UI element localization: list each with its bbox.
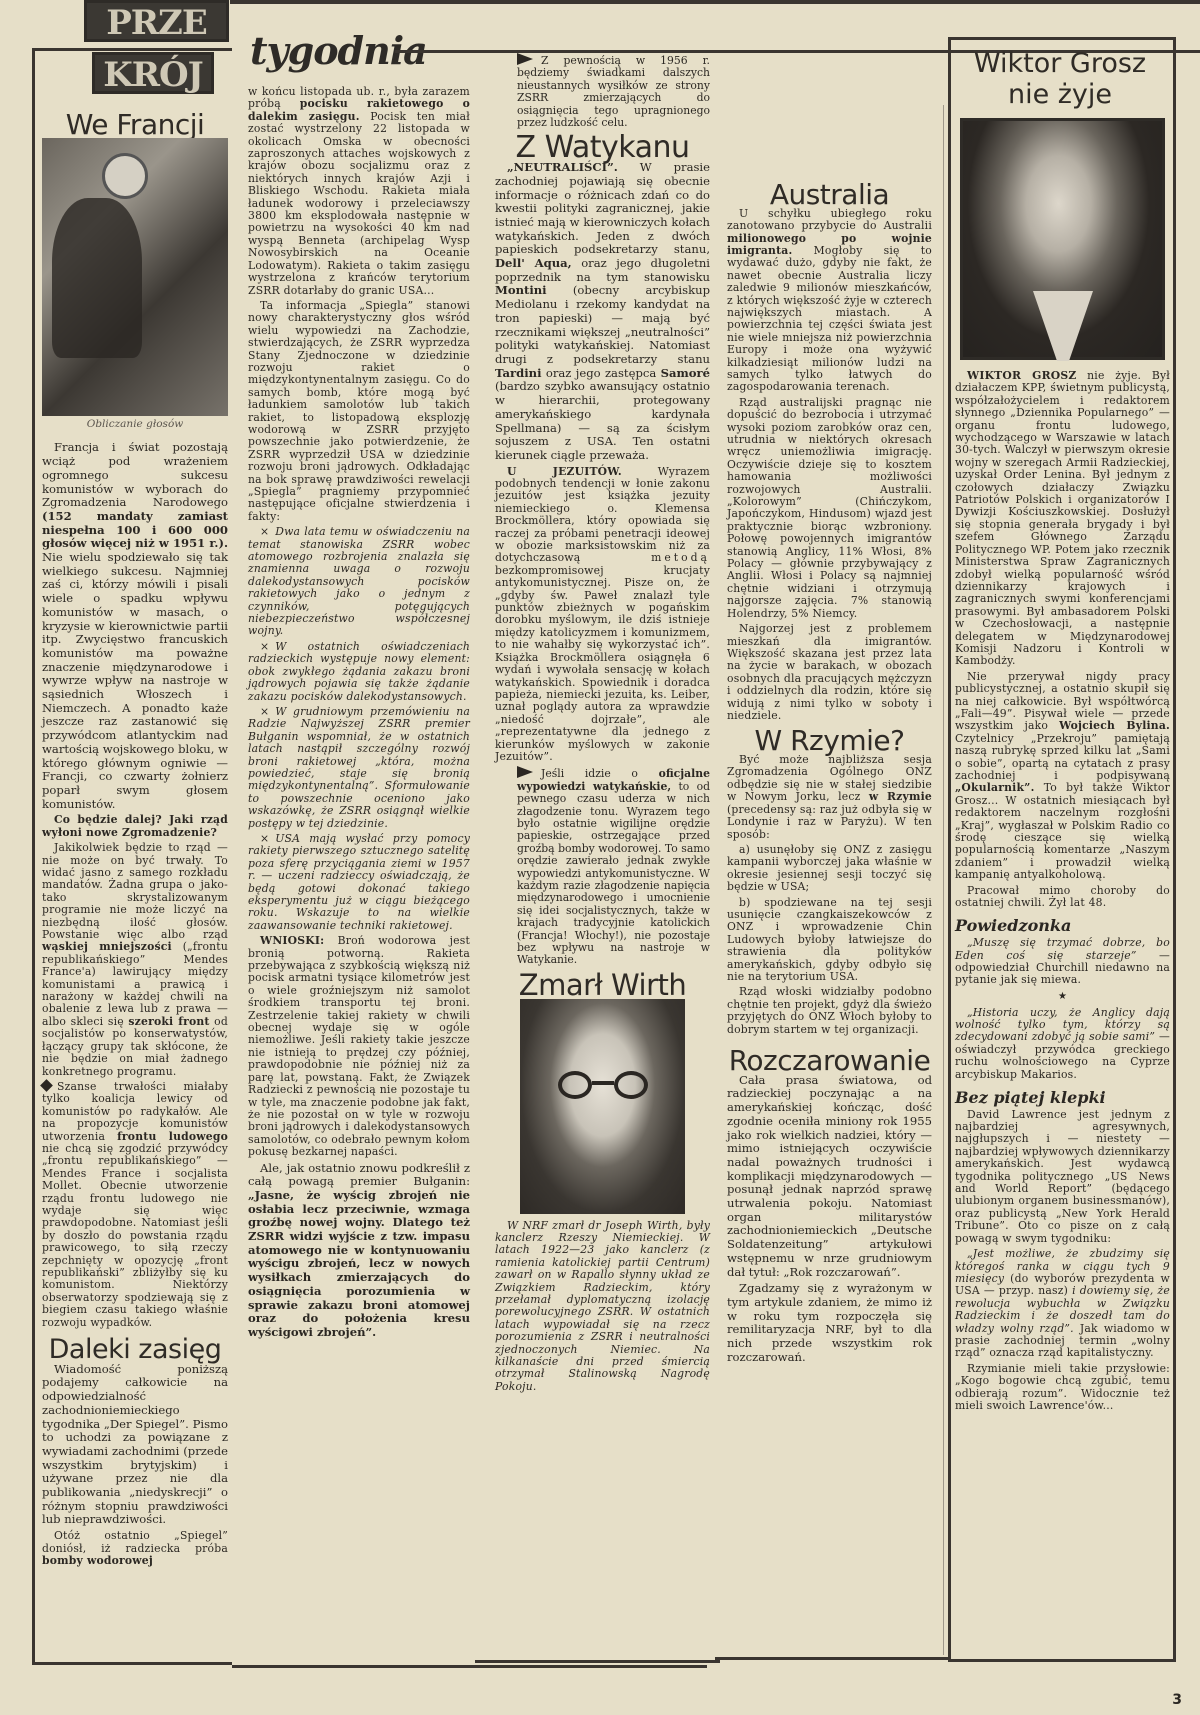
star-separator-icon: ★ [955, 990, 1170, 1004]
photo-vote-counting [42, 138, 228, 416]
paragraph: U schyłku ubiegłego roku zanotowano przy… [727, 208, 932, 394]
x-bullet-icon: × [260, 525, 269, 538]
photo-wiktor-grosz [960, 118, 1165, 360]
paragraph: Pracował mimo choroby do ostatniej chwil… [955, 885, 1170, 910]
article-title-australia: Australia [727, 188, 932, 202]
paragraph: Nie przerywał nigdy pracy publicystyczne… [955, 671, 1170, 882]
page-number: 3 [1172, 1692, 1182, 1708]
paragraph: Cała prasa światowa, od radzieckiej pocz… [727, 1074, 932, 1280]
paragraph: „NEUTRALIŚCI”. W prasie zachodniej pojaw… [495, 161, 710, 462]
article-title-watykan: Z Watykanu [495, 141, 710, 155]
list-item: ×W grudniowym przemówieniu na Radzie Naj… [248, 706, 470, 830]
paragraph: WIKTOR GROSZ nie żyje. Był działaczem KP… [955, 370, 1170, 668]
article-title-w-rzymie: W Rzymie? [727, 734, 932, 748]
section-title-bez-piatej-klepki: Bez piątej klepki [955, 1091, 1170, 1105]
article-title-daleki-zasieg: Daleki zasięg [42, 1343, 228, 1357]
paragraph: Co będzie dalej? Jaki rząd wyłoni nowe Z… [42, 814, 228, 839]
paragraph: Wiadomość poniższą podajemy całkowicie n… [42, 1363, 228, 1527]
box-rule [475, 1660, 720, 1663]
box-rule [232, 1665, 707, 1668]
top-rule [230, 0, 1200, 4]
photo-caption: W NRF zmarł dr Joseph Wirth, były kancle… [495, 1220, 710, 1394]
paragraph: WNIOSKI: Broń wodorowa jest bronią potwo… [248, 935, 470, 1158]
diamond-bullet-icon [40, 1079, 53, 1092]
paragraph: Ale, jak ostatnio znowu podkreślił z cał… [248, 1162, 470, 1340]
photo-caption: Obliczanie głosów [42, 418, 228, 432]
paragraph: Otóż ostatnio „Spiegel” doniósł, iż radz… [42, 1530, 228, 1567]
paragraph: Rzymianie mieli takie przysłowie: „Kogo … [955, 1363, 1170, 1413]
paragraph: Rząd australijski pragnąc nie dopuścić d… [727, 397, 932, 620]
arrow-bullet-icon [517, 766, 533, 778]
quote: „Muszę się trzymać dobrze, bo Eden coś s… [955, 937, 1170, 987]
paragraph: Jakikolwiek będzie to rząd — nie może on… [42, 842, 228, 1078]
list-item: ×Dwa lata temu w oświadczeniu na temat s… [248, 526, 470, 638]
arrow-note: Z pewnością w 1956 r. będziemy świadkami… [517, 53, 710, 129]
column-2: w końcu listopada ub. r., była zarazem p… [248, 86, 470, 1343]
masthead-line1: PRZE [84, 0, 229, 42]
section-title-powiedzonka: Powiedzonka [955, 919, 1170, 933]
arrow-bullet-icon [517, 53, 533, 65]
list-item: ×USA mają wysłać przy pomocy rakiety pie… [248, 833, 470, 932]
paragraph: David Lawrence jest jednym z najbardziej… [955, 1109, 1170, 1245]
quote: „Jest możliwe, że zbudzimy się któregoś … [955, 1248, 1170, 1360]
arrow-note: Jeśli idzie o oficjalne wypowiedzi watyk… [517, 766, 710, 967]
article-title-wirth: Zmarł Wirth [495, 979, 710, 993]
x-bullet-icon: × [260, 832, 269, 845]
list-item: b) spodziewane na tej sesji usunięcie cz… [727, 897, 932, 984]
article-title-grosz: Wiktor Grosz nie żyje [955, 48, 1165, 110]
box-rule [715, 1657, 948, 1660]
list-item: ×W ostatnich oświadczeniach radzieckich … [248, 641, 470, 703]
column-5: WIKTOR GROSZ nie żyje. Był działaczem KP… [955, 370, 1170, 1415]
column-1: We Francji Obliczanie głosów Francja i ś… [42, 118, 228, 1570]
quote: „Historia uczy, że Anglicy dają wolność … [955, 1007, 1170, 1081]
paragraph: Ta informacja „Spiegla” stanowi nowy cha… [248, 300, 470, 523]
paragraph: Francja i świat pozostają wciąż pod wraż… [42, 441, 228, 811]
paragraph: Szanse trwałości miałaby tylko koalicja … [42, 1081, 228, 1329]
photo-joseph-wirth [520, 999, 685, 1214]
newspaper-page: PRZE KRÓJ tygodnia We Francji Obliczanie… [0, 0, 1200, 1715]
paragraph: Zgadzamy się z wyrażonym w tym artykule … [727, 1282, 932, 1364]
x-bullet-icon: × [260, 705, 269, 718]
column-3: Z pewnością w 1956 r. będziemy świadkami… [495, 53, 710, 1396]
paragraph: Najgorzej jest z problemem mieszkań dla … [727, 623, 932, 722]
paragraph: w końcu listopada ub. r., była zarazem p… [248, 86, 470, 297]
column-4: Australia U schyłku ubiegłego roku zanot… [727, 40, 932, 1367]
glasses-shape [558, 1071, 648, 1099]
paragraph: U JEZUITÓW. Wyrazem podobnych tendencji … [495, 466, 710, 764]
paragraph: Rząd włoski widziałby podobno chętnie te… [727, 986, 932, 1036]
article-title-rozczarowanie: Rozczarowanie [727, 1054, 932, 1068]
paragraph: Być może najbliższa sesja Zgromadzenia O… [727, 754, 932, 841]
article-title-francja: We Francji [42, 118, 228, 132]
x-bullet-icon: × [260, 640, 269, 653]
list-item: a) usunęłoby się ONZ z zasięgu kampanii … [727, 844, 932, 894]
column-divider [943, 105, 944, 1655]
